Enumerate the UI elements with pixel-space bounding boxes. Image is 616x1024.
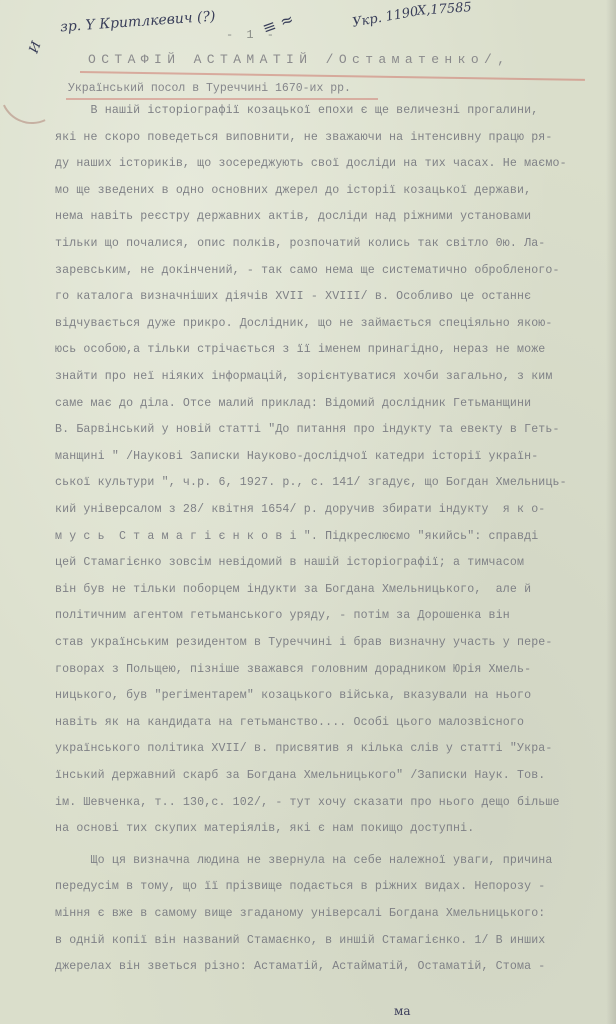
text-line: джерелах він зветься різно: Астаматій, А… [55,960,545,973]
text-line: навіть як на кандидата на гетьманство...… [55,716,524,729]
text-line: відчувається дуже прикро. Дослідник, що … [55,317,553,330]
text-line: політичним агентом гетьманського уряду, … [55,609,510,622]
text-line: манщині " /Наукові Записки Науково-дослі… [55,450,538,463]
text-line: саме має до діла. Отсе малий приклад: Ві… [55,397,531,410]
text-line: го каталога визначніших діячів XVII - XV… [55,290,531,303]
text-line: В нашій історіографії козацької епохи є … [55,104,538,117]
text-line: нема навіть реєстру державних актів, дос… [55,210,531,223]
text-line: заревським, не докінчений, - так само не… [55,264,560,277]
text-line: їнський державний скарб за Богдана Хмель… [55,769,545,782]
text-line: міння є вже в самому вище згаданому унів… [55,907,545,920]
text-line: знайти про неї ніяких інформацій, зорієн… [55,370,553,383]
text-line: В. Барвінський у новій статті "До питанн… [55,423,560,436]
text-line: м у с ь С т а м а г і є н к о в і ". Під… [55,530,538,543]
text-line: юсь особою,а тільки стрічається з її іме… [55,343,545,356]
text-line: тільки що почалися, опис полків, розпоча… [55,237,545,250]
text-line: мо ще зведених в одно основних джерел до… [55,184,531,197]
text-line: цей Стамагієнко зовсім невідомий в нашій… [55,556,524,569]
page-number: - 1 - [226,28,277,42]
text-line: ім. Шевченка, т.. 130,с. 102/, - тут хоч… [55,796,560,809]
text-line: на основі тих скупих матеріялів, які є н… [55,822,474,835]
subtitle-underline [66,98,378,100]
text-line: ду наших істориків, що зосереджують свої… [55,157,567,170]
text-line: він був не тільки поборцем індукти за Бо… [55,583,531,596]
text-line: ницького, був "регіментарем" козацького … [55,689,531,702]
text-line: Що ця визначна людина не звернула на себ… [55,854,553,867]
text-line: в одній копії він названий Стамаєнко, в … [55,934,545,947]
text-line: став українським резидентом в Туреччині … [55,636,553,649]
document-title: ОСТАФІЙ АСТАМАТІЙ /Остаматенко/, [88,52,510,67]
text-line: які не скоро поведеться виповнити, не зв… [55,131,553,144]
text-line: говорах з Польщею, пізніше зважався голо… [55,663,531,676]
text-line: передусім в тому, що її прізвище подаєть… [55,880,545,893]
text-line: кий універсалом з 28/ квітня 1654/ р. до… [55,503,545,516]
text-line: українського політика XVII/ в. присвятив… [55,742,553,755]
document-subtitle: Український посол в Туреччині 1670-их рр… [68,82,351,95]
page-edge-shadow [606,0,616,1024]
text-line: ської культури ", ч.р. 6, 1927. р., с. 1… [55,476,567,489]
ma-insert-correction: ма [394,1004,411,1018]
